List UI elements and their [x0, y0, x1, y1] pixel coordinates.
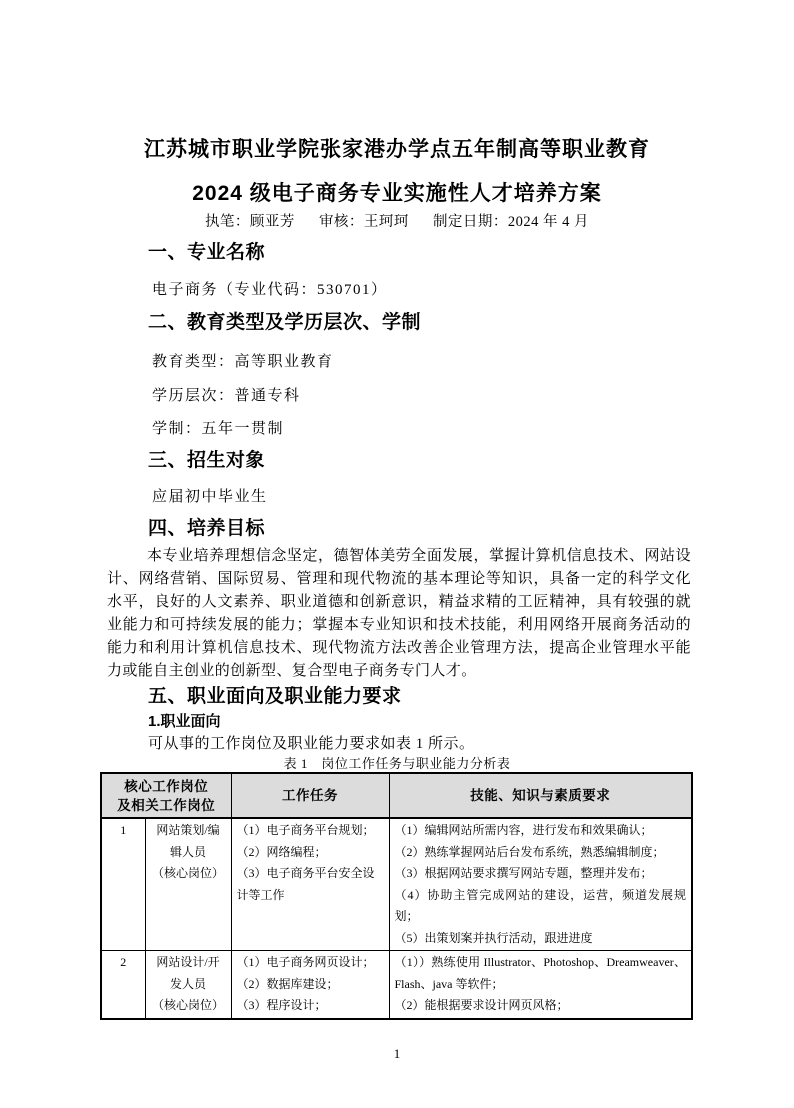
degree-level-line: 学历层次：普通专科: [152, 386, 691, 406]
section-1-heading: 一、专业名称: [148, 240, 691, 266]
career-orientation-text: 可从事的工作岗位及职业能力要求如表 1 所示。: [148, 734, 691, 754]
doc-title-line1: 江苏城市职业学院张家港办学点五年制高等职业教育: [103, 135, 691, 165]
row-number-cell: 2: [101, 951, 145, 1019]
major-name-text: 电子商务（专业代码：530701）: [152, 280, 691, 300]
byline-reviewer: 审核：王珂珂: [319, 213, 409, 232]
table-header-posts-line2: 及相关工作岗位: [103, 796, 230, 815]
table-header-tasks: 工作任务: [231, 773, 389, 818]
byline-author: 执笔：顾亚芳: [205, 213, 295, 232]
section-2-heading: 二、教育类型及学历层次、学制: [148, 310, 691, 336]
row-tasks-cell: （1）电子商务网页设计；（2）数据库建设；（3）程序设计；: [231, 951, 389, 1019]
table-header-skills: 技能、知识与素质要求: [389, 773, 692, 818]
schooling-length-line: 学制：五年一贯制: [152, 419, 691, 439]
training-objective-paragraph: 本专业培养理想信念坚定，德智体美劳全面发展，掌握计算机信息技术、网站设计、网络营…: [107, 545, 691, 683]
row-number-cell: 1: [101, 818, 145, 951]
row-skills-cell: （1））熟练使用 Illustrator、Photoshop、Dreamweav…: [389, 951, 692, 1019]
education-type-line: 教育类型：高等职业教育: [152, 352, 691, 372]
table-row: 1 网站策划/编辑人员（核心岗位） （1）电子商务平台规划；（2）网络编程；（3…: [101, 818, 692, 951]
row-post-cell: 网站策划/编辑人员（核心岗位）: [145, 818, 231, 951]
enrollment-target-text: 应届初中毕业生: [152, 487, 691, 507]
doc-title-line2: 2024 级电子商务专业实施性人才培养方案: [103, 179, 691, 209]
job-analysis-table: 核心工作岗位 及相关工作岗位 工作任务 技能、知识与素质要求 1 网站策划/编辑…: [100, 772, 693, 1020]
table-header-posts-line1: 核心工作岗位: [103, 777, 230, 796]
byline: 执笔：顾亚芳 审核：王珂珂 制定日期：2024 年 4 月: [103, 213, 691, 232]
byline-date: 制定日期：2024 年 4 月: [433, 213, 589, 232]
section-4-heading: 四、培养目标: [148, 516, 691, 542]
row-post-cell: 网站设计/开发人员（核心岗位）: [145, 951, 231, 1019]
table-header-row: 核心工作岗位 及相关工作岗位 工作任务 技能、知识与素质要求: [101, 773, 692, 818]
table-header-posts: 核心工作岗位 及相关工作岗位: [101, 773, 231, 818]
row-skills-cell: （1）编辑网站所需内容，进行发布和效果确认；（2）熟练掌握网站后台发布系统，熟悉…: [389, 818, 692, 951]
document-page: 江苏城市职业学院张家港办学点五年制高等职业教育 2024 级电子商务专业实施性人…: [0, 0, 794, 1108]
career-orientation-subheading: 1.职业面向: [148, 712, 691, 732]
table-row: 2 网站设计/开发人员（核心岗位） （1）电子商务网页设计；（2）数据库建设；（…: [101, 951, 692, 1019]
page-number: 1: [103, 1046, 691, 1062]
table-caption: 表 1 岗位工作任务与职业能力分析表: [103, 755, 691, 772]
row-tasks-cell: （1）电子商务平台规划；（2）网络编程；（3）电子商务平台安全设计等工作: [231, 818, 389, 951]
document-content: 江苏城市职业学院张家港办学点五年制高等职业教育 2024 级电子商务专业实施性人…: [0, 135, 794, 1062]
section-5-heading: 五、职业面向及职业能力要求: [148, 684, 691, 710]
section-3-heading: 三、招生对象: [148, 448, 691, 474]
